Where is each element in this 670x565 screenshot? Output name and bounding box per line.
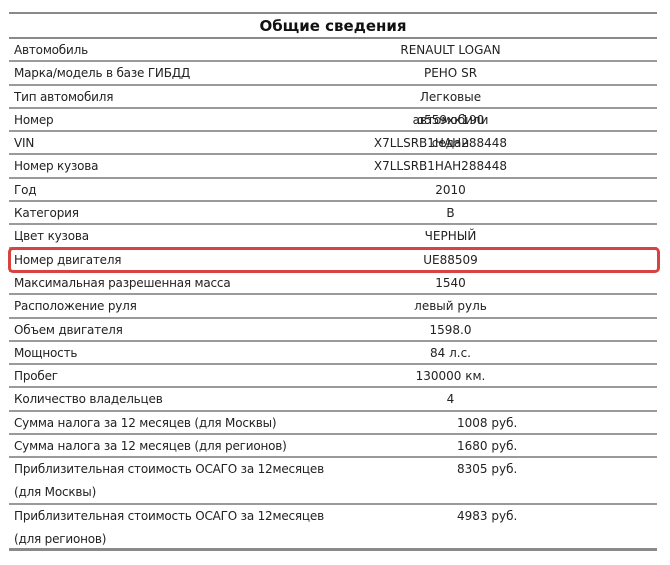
table-row: Тип автомобиляЛегковые автомобили седан: [9, 86, 657, 109]
row-value: 8305 руб.: [394, 458, 657, 503]
table-row: Номер кузоваX7LLSRB1HAH288448: [9, 155, 657, 178]
row-label: VIN: [9, 132, 374, 153]
row-label: Марка/модель в базе ГИБДД: [9, 62, 394, 83]
row-label: Сумма налога за 12 месяцев (для Москвы): [9, 412, 394, 433]
table-body: АвтомобильRENAULT LOGANМарка/модель в ба…: [9, 39, 657, 551]
engine-number-highlight: [8, 247, 660, 273]
row-label-line: Пробег: [14, 365, 394, 388]
row-label-line: Цвет кузова: [14, 225, 394, 248]
row-value: 4: [394, 388, 657, 409]
row-label: Количество владельцев: [9, 388, 394, 409]
row-value: 4983 руб.: [394, 505, 657, 549]
row-label-line: Тип автомобиля: [14, 86, 394, 109]
row-label: Категория: [9, 202, 394, 223]
table-row: Количество владельцев4: [9, 388, 657, 411]
row-label-line: Расположение руля: [14, 295, 394, 318]
row-value: 1008 руб.: [394, 412, 657, 433]
row-label: Номер кузова: [9, 155, 374, 176]
row-label-line: Категория: [14, 202, 394, 225]
row-label-line: Сумма налога за 12 месяцев (для Москвы): [14, 412, 394, 435]
row-label-line: Приблизительная стоимость ОСАГО за 12мес…: [14, 458, 394, 481]
row-label-line: (для Москвы): [14, 481, 394, 504]
row-value: ЧЕРНЫЙ: [394, 225, 657, 246]
row-label: Тип автомобиля: [9, 86, 394, 107]
row-value: RENAULT LOGAN: [394, 39, 657, 60]
row-label-line: Мощность: [14, 342, 394, 365]
row-label: Максимальная разрешенная масса: [9, 272, 394, 293]
table-row: АвтомобильRENAULT LOGAN: [9, 39, 657, 62]
row-label-line: Приблизительная стоимость ОСАГО за 12мес…: [14, 505, 394, 528]
row-value: 2010: [394, 179, 657, 200]
row-label: Приблизительная стоимость ОСАГО за 12мес…: [9, 458, 394, 503]
row-value: 1680 руб.: [394, 435, 657, 456]
table-row: Объем двигателя1598.0: [9, 319, 657, 342]
row-value: Легковые автомобили седан: [394, 86, 657, 107]
row-label-line: Сумма налога за 12 месяцев (для регионов…: [14, 435, 394, 458]
row-label: Мощность: [9, 342, 394, 363]
row-label: Номер: [9, 109, 394, 130]
row-label: Пробег: [9, 365, 394, 386]
vehicle-info-table: Общие сведения АвтомобильRENAULT LOGANМа…: [9, 12, 657, 551]
table-row: Год2010: [9, 179, 657, 202]
row-label-line: Автомобиль: [14, 39, 394, 62]
row-label-line: Максимальная разрешенная масса: [14, 272, 394, 295]
table-row: Приблизительная стоимость ОСАГО за 12мес…: [9, 458, 657, 505]
table-row: Сумма налога за 12 месяцев (для Москвы)1…: [9, 412, 657, 435]
table-row: КатегорияB: [9, 202, 657, 225]
row-label-line: Марка/модель в базе ГИБДД: [14, 62, 394, 85]
row-label-line: Объем двигателя: [14, 319, 394, 342]
row-label-line: VIN: [14, 132, 374, 155]
row-label: Приблизительная стоимость ОСАГО за 12мес…: [9, 505, 394, 549]
table-row: Приблизительная стоимость ОСАГО за 12мес…: [9, 505, 657, 552]
table-row: Мощность84 л.с.: [9, 342, 657, 365]
row-label-line: Номер: [14, 109, 394, 132]
row-value: левый руль: [394, 295, 657, 316]
row-label: Год: [9, 179, 394, 200]
table-row: Максимальная разрешенная масса1540: [9, 272, 657, 295]
row-label: Объем двигателя: [9, 319, 394, 340]
row-value: о559хк190: [394, 109, 657, 130]
row-label-line: Год: [14, 179, 394, 202]
table-row: Номеро559хк190: [9, 109, 657, 132]
row-value: 84 л.с.: [394, 342, 657, 363]
row-value: 1598.0: [394, 319, 657, 340]
row-label: Цвет кузова: [9, 225, 394, 246]
row-value: 130000 км.: [394, 365, 657, 386]
row-value: РЕНО SR: [394, 62, 657, 83]
table-row: Марка/модель в базе ГИБДДРЕНО SR: [9, 62, 657, 85]
table-row: Расположение рулялевый руль: [9, 295, 657, 318]
row-label: Сумма налога за 12 месяцев (для регионов…: [9, 435, 394, 456]
row-label-line: Количество владельцев: [14, 388, 394, 411]
row-value: 1540: [394, 272, 657, 293]
table-row: Сумма налога за 12 месяцев (для регионов…: [9, 435, 657, 458]
row-label-line: Номер кузова: [14, 155, 374, 178]
table-row: Пробег130000 км.: [9, 365, 657, 388]
row-label: Автомобиль: [9, 39, 394, 60]
row-value: X7LLSRB1HAH288448: [374, 132, 657, 153]
table-row: Цвет кузоваЧЕРНЫЙ: [9, 225, 657, 248]
row-value: X7LLSRB1HAH288448: [374, 155, 657, 176]
row-value: B: [394, 202, 657, 223]
row-label: Расположение руля: [9, 295, 394, 316]
row-label-line: (для регионов): [14, 528, 394, 551]
table-title: Общие сведения: [9, 12, 657, 39]
table-row: VINX7LLSRB1HAH288448: [9, 132, 657, 155]
